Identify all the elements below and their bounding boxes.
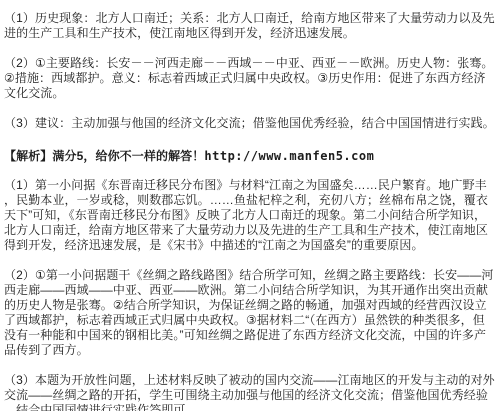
analysis-header-label: 【解析】满分5，给你不一样的解答！	[4, 149, 204, 163]
analysis-paragraph-3: （3）本题为开放性问题，上述材料反映了被动的国内交流——江南地区的开发与主动的对…	[4, 373, 496, 411]
answer-explanation-sheet: （1）历史现象：北方人口南迁；关系：北方人口南迁，给南方地区带来了大量劳动力以及…	[0, 0, 500, 411]
analysis-source-url: http://www.manfen5.com	[204, 149, 374, 163]
answer-paragraph-1: （1）历史现象：北方人口南迁；关系：北方人口南迁，给南方地区带来了大量劳动力以及…	[4, 11, 496, 41]
analysis-paragraph-2: （2）①第一小问据题干《丝绸之路线路图》结合所学可知，丝绸之路主要路线：长安——…	[4, 268, 496, 358]
answer-paragraph-2: （2）①主要路线：长安－－河西走廊－－西域－－中亚、西亚－－欧洲。历史人物：张骞…	[4, 56, 496, 101]
answer-paragraph-3: （3）建议：主动加强与他国的经济文化交流；借鉴他国优秀经验，结合中国国情进行实践…	[4, 116, 496, 131]
analysis-paragraph-1: （1）第一小问据《东晋南迁移民分布图》与材料“江南之为国盛矣……民户繁育。地广野…	[4, 178, 496, 253]
analysis-header: 【解析】满分5，给你不一样的解答！http://www.manfen5.com	[4, 149, 496, 164]
